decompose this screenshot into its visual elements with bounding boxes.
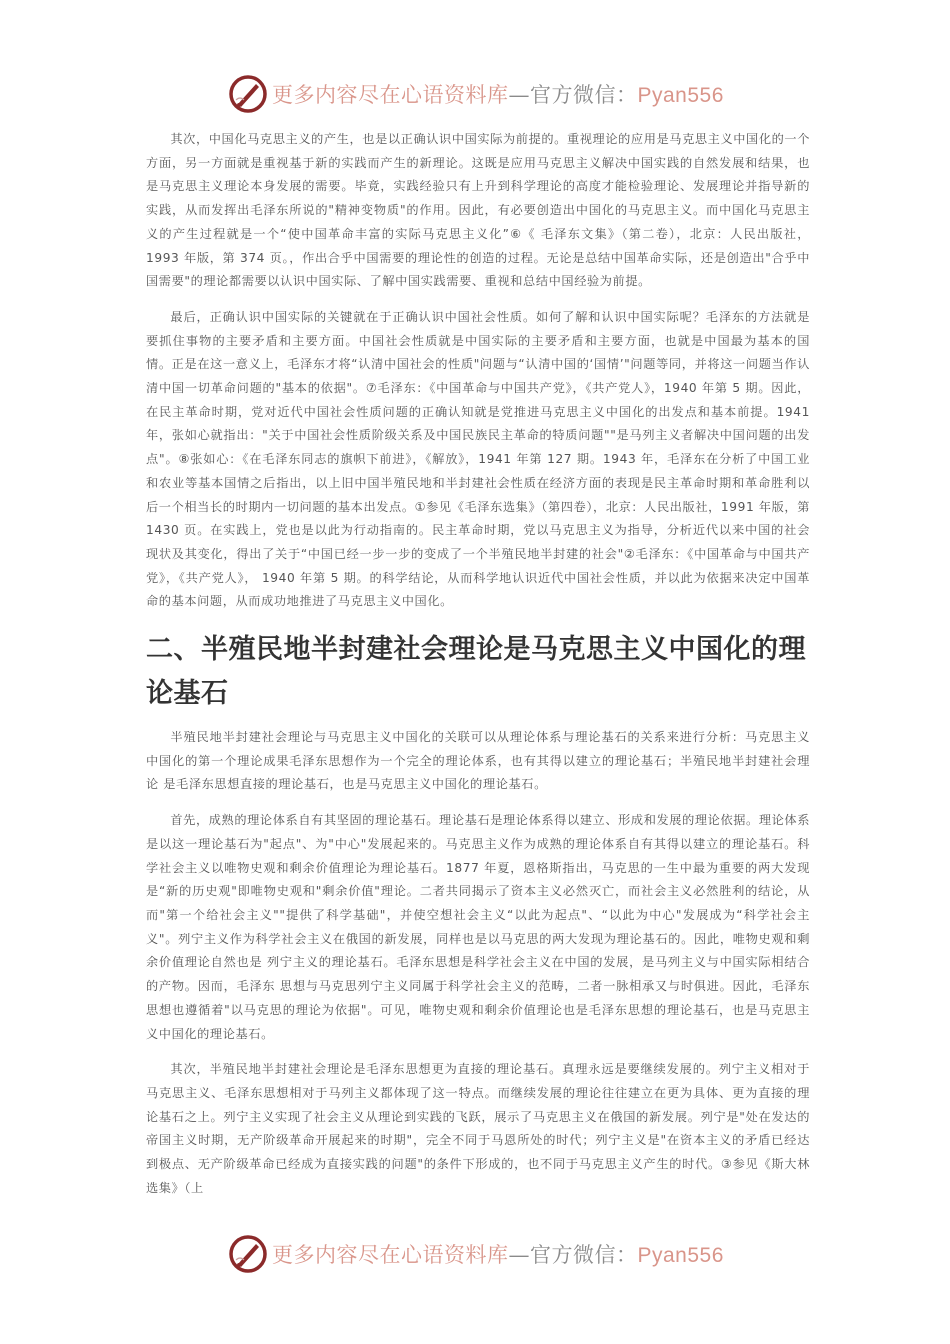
paragraph: 其次，中国化马克思主义的产生，也是以正确认识中国实际为前提的。重视理论的应用是马… [146, 128, 810, 294]
footer-banner: 更多内容尽在心语资料库—官方微信：Pyan556 [228, 1232, 728, 1276]
banner-wechat-id: Pyan556 [638, 84, 724, 107]
quill-pen-logo-icon [228, 74, 268, 114]
banner-text: 更多内容尽在心语资料库—官方微信：Pyan556 [272, 79, 724, 109]
footer-main-text: 更多内容尽在心语资料库 [272, 1243, 509, 1267]
footer-wechat-id: Pyan556 [638, 1244, 724, 1267]
section-heading: 二、半殖民地半封建社会理论是马克思主义中国化的理论基石 [146, 628, 810, 716]
paragraph: 首先，成熟的理论体系自有其坚固的理论基石。理论基石是理论体系得以建立、形成和发展… [146, 809, 810, 1046]
banner-dash: — [509, 83, 531, 107]
document-body: 其次，中国化马克思主义的产生，也是以正确认识中国实际为前提的。重视理论的应用是马… [146, 128, 810, 1212]
quill-pen-logo-icon [228, 1234, 268, 1274]
paragraph: 最后，正确认识中国实际的关键就在于正确认识中国社会性质。如何了解和认识中国实际呢… [146, 306, 810, 614]
banner-secondary-text: 官方微信： [530, 83, 638, 107]
footer-dash: — [509, 1243, 531, 1267]
footer-secondary-text: 官方微信： [530, 1243, 638, 1267]
header-banner: 更多内容尽在心语资料库—官方微信：Pyan556 [228, 72, 728, 116]
footer-banner-text: 更多内容尽在心语资料库—官方微信：Pyan556 [272, 1239, 724, 1269]
paragraph: 半殖民地半封建社会理论与马克思主义中国化的关联可以从理论体系与理论基石的关系来进… [146, 726, 810, 797]
paragraph: 其次，半殖民地半封建社会理论是毛泽东思想更为直接的理论基石。真理永远是要继续发展… [146, 1058, 810, 1200]
banner-main-text: 更多内容尽在心语资料库 [272, 83, 509, 107]
